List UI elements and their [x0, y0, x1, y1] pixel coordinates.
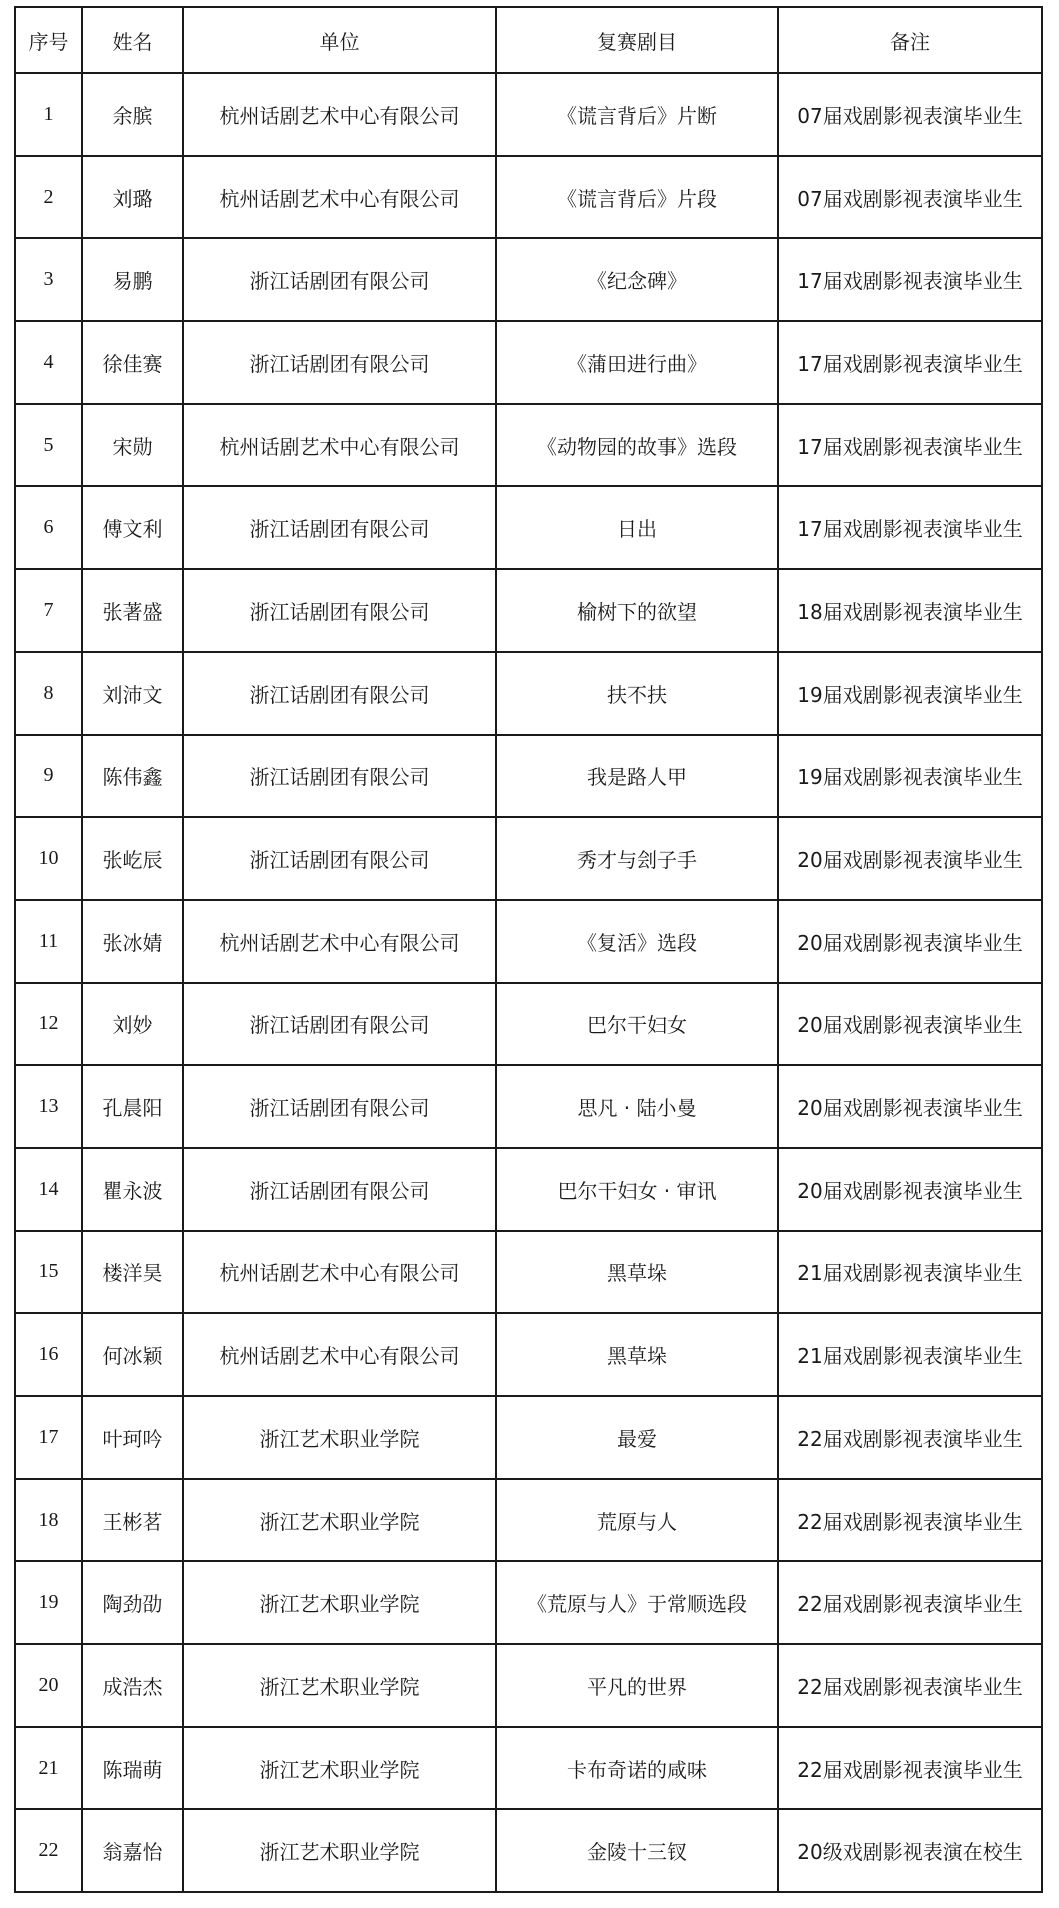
header-row: 序号 姓名 单位 复赛剧目 备注: [15, 7, 1042, 73]
row-name: 楼洋昊: [82, 1231, 183, 1314]
row-number: 10: [15, 817, 82, 900]
row-name: 孔晨阳: [82, 1065, 183, 1148]
row-play: 金陵十三钗: [496, 1809, 778, 1892]
row-name: 刘妙: [82, 983, 183, 1066]
row-play: 卡布奇诺的咸味: [496, 1727, 778, 1810]
table-row: 8刘沛文浙江话剧团有限公司扶不扶19届戏剧影视表演毕业生: [15, 652, 1042, 735]
row-name: 张冰婧: [82, 900, 183, 983]
row-name: 何冰颖: [82, 1313, 183, 1396]
row-play: 秀才与刽子手: [496, 817, 778, 900]
table-row: 19陶劲劭浙江艺术职业学院《荒原与人》于常顺选段22届戏剧影视表演毕业生: [15, 1561, 1042, 1644]
row-note: 22届戏剧影视表演毕业生: [778, 1644, 1042, 1727]
row-number: 3: [15, 238, 82, 321]
row-play: 荒原与人: [496, 1479, 778, 1562]
table-row: 22翁嘉怡浙江艺术职业学院金陵十三钗20级戏剧影视表演在校生: [15, 1809, 1042, 1892]
roster-table: 序号 姓名 单位 复赛剧目 备注 1余膑杭州话剧艺术中心有限公司《谎言背后》片断…: [14, 6, 1043, 1893]
row-number: 14: [15, 1148, 82, 1231]
table-row: 3易鹏浙江话剧团有限公司《纪念碑》17届戏剧影视表演毕业生: [15, 238, 1042, 321]
row-play: 《荒原与人》于常顺选段: [496, 1561, 778, 1644]
row-play: 日出: [496, 486, 778, 569]
row-unit: 杭州话剧艺术中心有限公司: [183, 73, 496, 156]
row-number: 5: [15, 404, 82, 487]
row-play: 我是路人甲: [496, 735, 778, 818]
row-number: 16: [15, 1313, 82, 1396]
row-note: 22届戏剧影视表演毕业生: [778, 1727, 1042, 1810]
row-number: 1: [15, 73, 82, 156]
row-unit: 浙江艺术职业学院: [183, 1396, 496, 1479]
row-note: 20届戏剧影视表演毕业生: [778, 1065, 1042, 1148]
row-name: 张屹辰: [82, 817, 183, 900]
row-play: 《蒲田进行曲》: [496, 321, 778, 404]
row-name: 翁嘉怡: [82, 1809, 183, 1892]
row-name: 余膑: [82, 73, 183, 156]
row-name: 陈瑞萌: [82, 1727, 183, 1810]
table-row: 18王彬茗浙江艺术职业学院荒原与人22届戏剧影视表演毕业生: [15, 1479, 1042, 1562]
row-unit: 浙江艺术职业学院: [183, 1644, 496, 1727]
row-name: 易鹏: [82, 238, 183, 321]
table-row: 21陈瑞萌浙江艺术职业学院卡布奇诺的咸味22届戏剧影视表演毕业生: [15, 1727, 1042, 1810]
row-note: 07届戏剧影视表演毕业生: [778, 73, 1042, 156]
row-name: 瞿永波: [82, 1148, 183, 1231]
row-note: 19届戏剧影视表演毕业生: [778, 735, 1042, 818]
table-row: 4徐佳赛浙江话剧团有限公司《蒲田进行曲》17届戏剧影视表演毕业生: [15, 321, 1042, 404]
row-unit: 浙江艺术职业学院: [183, 1561, 496, 1644]
row-unit: 浙江话剧团有限公司: [183, 486, 496, 569]
table-row: 20成浩杰浙江艺术职业学院平凡的世界22届戏剧影视表演毕业生: [15, 1644, 1042, 1727]
row-number: 19: [15, 1561, 82, 1644]
row-note: 20级戏剧影视表演在校生: [778, 1809, 1042, 1892]
row-unit: 浙江话剧团有限公司: [183, 735, 496, 818]
row-number: 13: [15, 1065, 82, 1148]
row-note: 20届戏剧影视表演毕业生: [778, 817, 1042, 900]
row-play: 思凡 · 陆小曼: [496, 1065, 778, 1148]
row-note: 20届戏剧影视表演毕业生: [778, 1148, 1042, 1231]
row-note: 22届戏剧影视表演毕业生: [778, 1396, 1042, 1479]
table-row: 16何冰颖杭州话剧艺术中心有限公司黑草垛21届戏剧影视表演毕业生: [15, 1313, 1042, 1396]
row-number: 12: [15, 983, 82, 1066]
row-number: 20: [15, 1644, 82, 1727]
row-unit: 杭州话剧艺术中心有限公司: [183, 900, 496, 983]
header-play: 复赛剧目: [496, 7, 778, 73]
row-play: 《谎言背后》片断: [496, 73, 778, 156]
table-row: 13孔晨阳浙江话剧团有限公司思凡 · 陆小曼20届戏剧影视表演毕业生: [15, 1065, 1042, 1148]
row-name: 刘沛文: [82, 652, 183, 735]
row-number: 15: [15, 1231, 82, 1314]
table-row: 12刘妙浙江话剧团有限公司巴尔干妇女20届戏剧影视表演毕业生: [15, 983, 1042, 1066]
row-unit: 浙江话剧团有限公司: [183, 569, 496, 652]
row-unit: 浙江话剧团有限公司: [183, 652, 496, 735]
row-unit: 浙江话剧团有限公司: [183, 238, 496, 321]
row-name: 陶劲劭: [82, 1561, 183, 1644]
row-note: 17届戏剧影视表演毕业生: [778, 321, 1042, 404]
row-name: 成浩杰: [82, 1644, 183, 1727]
row-note: 17届戏剧影视表演毕业生: [778, 404, 1042, 487]
row-number: 6: [15, 486, 82, 569]
row-number: 2: [15, 156, 82, 239]
row-play: 《动物园的故事》选段: [496, 404, 778, 487]
table-row: 17叶珂吟浙江艺术职业学院最爱22届戏剧影视表演毕业生: [15, 1396, 1042, 1479]
row-unit: 浙江艺术职业学院: [183, 1809, 496, 1892]
row-unit: 浙江话剧团有限公司: [183, 817, 496, 900]
row-note: 22届戏剧影视表演毕业生: [778, 1479, 1042, 1562]
row-play: 巴尔干妇女: [496, 983, 778, 1066]
row-play: 榆树下的欲望: [496, 569, 778, 652]
table-row: 5宋勋杭州话剧艺术中心有限公司《动物园的故事》选段17届戏剧影视表演毕业生: [15, 404, 1042, 487]
row-play: 黑草垛: [496, 1313, 778, 1396]
row-unit: 浙江艺术职业学院: [183, 1479, 496, 1562]
row-unit: 杭州话剧艺术中心有限公司: [183, 156, 496, 239]
table-body: 1余膑杭州话剧艺术中心有限公司《谎言背后》片断07届戏剧影视表演毕业生2刘璐杭州…: [15, 73, 1042, 1892]
row-note: 18届戏剧影视表演毕业生: [778, 569, 1042, 652]
table-row: 2刘璐杭州话剧艺术中心有限公司《谎言背后》片段07届戏剧影视表演毕业生: [15, 156, 1042, 239]
row-number: 22: [15, 1809, 82, 1892]
row-unit: 杭州话剧艺术中心有限公司: [183, 1313, 496, 1396]
row-note: 21届戏剧影视表演毕业生: [778, 1313, 1042, 1396]
row-play: 最爱: [496, 1396, 778, 1479]
row-play: 黑草垛: [496, 1231, 778, 1314]
row-unit: 浙江话剧团有限公司: [183, 983, 496, 1066]
row-unit: 浙江话剧团有限公司: [183, 321, 496, 404]
header-note: 备注: [778, 7, 1042, 73]
row-name: 宋勋: [82, 404, 183, 487]
row-name: 傅文利: [82, 486, 183, 569]
table-row: 15楼洋昊杭州话剧艺术中心有限公司黑草垛21届戏剧影视表演毕业生: [15, 1231, 1042, 1314]
row-number: 17: [15, 1396, 82, 1479]
row-name: 张著盛: [82, 569, 183, 652]
row-name: 陈伟鑫: [82, 735, 183, 818]
row-note: 07届戏剧影视表演毕业生: [778, 156, 1042, 239]
row-note: 19届戏剧影视表演毕业生: [778, 652, 1042, 735]
table-row: 1余膑杭州话剧艺术中心有限公司《谎言背后》片断07届戏剧影视表演毕业生: [15, 73, 1042, 156]
row-number: 4: [15, 321, 82, 404]
row-unit: 浙江话剧团有限公司: [183, 1065, 496, 1148]
header-unit: 单位: [183, 7, 496, 73]
row-note: 21届戏剧影视表演毕业生: [778, 1231, 1042, 1314]
row-note: 20届戏剧影视表演毕业生: [778, 900, 1042, 983]
row-play: 《谎言背后》片段: [496, 156, 778, 239]
row-number: 7: [15, 569, 82, 652]
row-unit: 杭州话剧艺术中心有限公司: [183, 404, 496, 487]
row-number: 8: [15, 652, 82, 735]
row-number: 21: [15, 1727, 82, 1810]
row-name: 刘璐: [82, 156, 183, 239]
table-row: 7张著盛浙江话剧团有限公司榆树下的欲望18届戏剧影视表演毕业生: [15, 569, 1042, 652]
row-number: 18: [15, 1479, 82, 1562]
table-row: 6傅文利浙江话剧团有限公司日出17届戏剧影视表演毕业生: [15, 486, 1042, 569]
row-note: 17届戏剧影视表演毕业生: [778, 238, 1042, 321]
row-unit: 浙江艺术职业学院: [183, 1727, 496, 1810]
row-note: 17届戏剧影视表演毕业生: [778, 486, 1042, 569]
table-row: 11张冰婧杭州话剧艺术中心有限公司《复活》选段20届戏剧影视表演毕业生: [15, 900, 1042, 983]
header-name: 姓名: [82, 7, 183, 73]
table-row: 14瞿永波浙江话剧团有限公司巴尔干妇女 · 审讯20届戏剧影视表演毕业生: [15, 1148, 1042, 1231]
row-unit: 杭州话剧艺术中心有限公司: [183, 1231, 496, 1314]
row-play: 扶不扶: [496, 652, 778, 735]
row-name: 徐佳赛: [82, 321, 183, 404]
row-name: 叶珂吟: [82, 1396, 183, 1479]
table-row: 9陈伟鑫浙江话剧团有限公司我是路人甲19届戏剧影视表演毕业生: [15, 735, 1042, 818]
row-play: 《复活》选段: [496, 900, 778, 983]
row-play: 平凡的世界: [496, 1644, 778, 1727]
table-row: 10张屹辰浙江话剧团有限公司秀才与刽子手20届戏剧影视表演毕业生: [15, 817, 1042, 900]
row-unit: 浙江话剧团有限公司: [183, 1148, 496, 1231]
row-name: 王彬茗: [82, 1479, 183, 1562]
row-number: 9: [15, 735, 82, 818]
row-number: 11: [15, 900, 82, 983]
header-no: 序号: [15, 7, 82, 73]
row-note: 22届戏剧影视表演毕业生: [778, 1561, 1042, 1644]
row-play: 《纪念碑》: [496, 238, 778, 321]
row-play: 巴尔干妇女 · 审讯: [496, 1148, 778, 1231]
row-note: 20届戏剧影视表演毕业生: [778, 983, 1042, 1066]
